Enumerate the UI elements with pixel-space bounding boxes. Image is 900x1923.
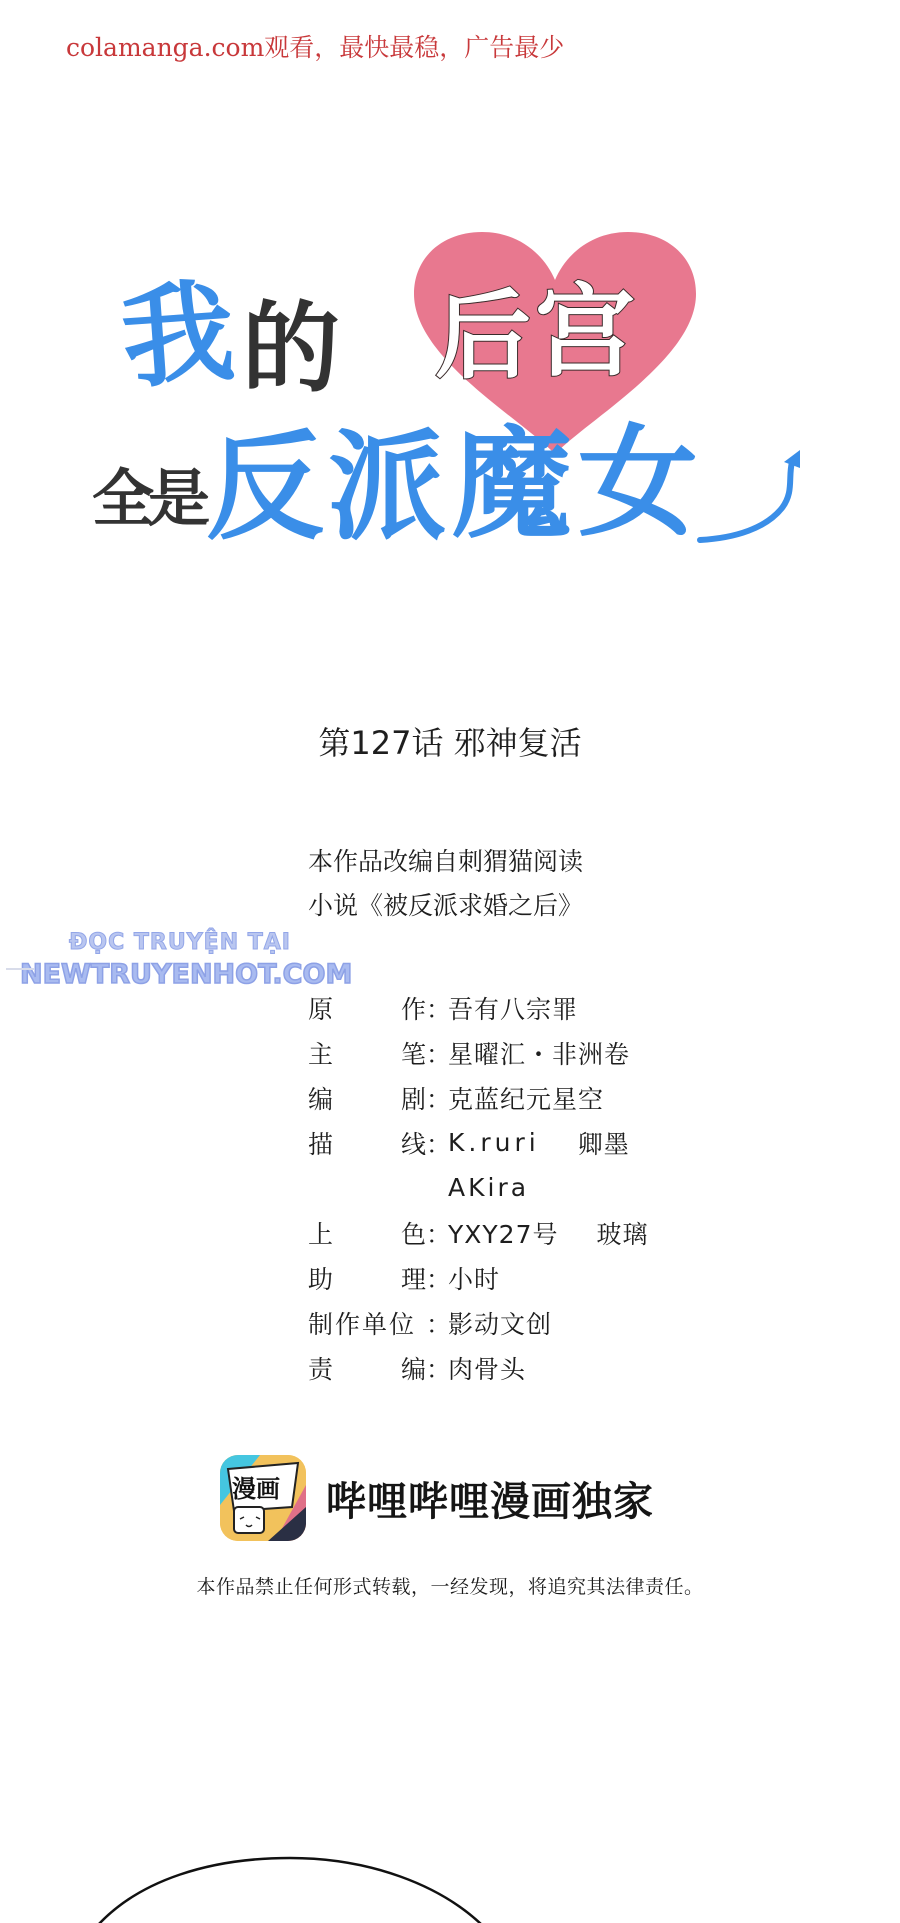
credit-value: 肉骨头 <box>448 1350 526 1386</box>
credit-role: 助 <box>308 1260 333 1296</box>
credit-colon: ： <box>426 1350 448 1386</box>
site-watermark: ĐỌC TRUYỆN TẠI NEWTRUYENHOT.COM <box>20 930 340 990</box>
credit-role: 制作单位 <box>308 1305 416 1341</box>
credit-value: AKira <box>448 1173 529 1202</box>
credit-row-original-author: 原作 ： 吾有八宗罪 <box>308 985 649 1030</box>
credit-row-lineart: 描线 ： K.ruri 卿墨 <box>308 1120 649 1165</box>
logo-char-quan: 全 <box>92 468 154 530</box>
chapter-title: 第127话 邪神复活 <box>0 718 900 764</box>
credit-row-script: 编剧 ： 克蓝纪元星空 <box>308 1075 649 1120</box>
credit-row-assistant: 助理 ： 小时 <box>308 1255 649 1300</box>
credit-value: 克蓝纪元星空 <box>448 1080 604 1116</box>
logo-char-de: 的 <box>242 300 340 398</box>
credit-colon: ： <box>426 1260 448 1296</box>
site-watermark-line-1: ĐỌC TRUYỆN TẠI <box>20 930 340 955</box>
logo-char-fan: 反 <box>206 428 324 546</box>
credit-row-editor: 责编 ： 肉骨头 <box>308 1345 649 1390</box>
credit-value: YXY27号 <box>448 1215 558 1251</box>
credit-colon: ： <box>426 1035 448 1071</box>
credit-row-production: 制作单位 ： 影动文创 <box>308 1300 649 1345</box>
credit-role: 描 <box>308 1125 333 1161</box>
credit-role: 线 <box>401 1125 426 1161</box>
credit-role: 剧 <box>401 1080 426 1116</box>
credit-role: 编 <box>308 1080 333 1116</box>
credit-role: 笔 <box>401 1035 426 1071</box>
logo-char-wo: 我 <box>118 276 238 396</box>
title-logo: 我 的 后 宫 全 是 反 派 魔 女 <box>90 220 850 580</box>
bilibili-comics-app-icon: 漫画 <box>220 1455 306 1541</box>
credit-role: 主 <box>308 1035 333 1071</box>
credit-role: 原 <box>308 990 333 1026</box>
credit-row-lead-artist: 主笔 ： 星曜汇・非洲卷 <box>308 1030 649 1075</box>
logo-char-mo: 魔 <box>452 426 572 546</box>
credit-value: 吾有八宗罪 <box>448 990 578 1026</box>
logo-char-nv: 女 <box>578 424 698 544</box>
credit-role: 责 <box>308 1350 333 1386</box>
watermark-dash <box>6 968 34 970</box>
adaptation-line-2: 小说《被反派求婚之后》 <box>308 884 583 928</box>
credit-role: 作 <box>401 990 426 1026</box>
credit-colon: ： <box>426 1125 448 1161</box>
devil-tail-icon <box>696 448 816 548</box>
top-watermark-text: colamanga.com观看，最快最稳，广告最少 <box>66 28 564 64</box>
credit-value: 影动文创 <box>448 1305 552 1341</box>
credit-role: 编 <box>401 1350 426 1386</box>
credit-colon: ： <box>426 1080 448 1116</box>
logo-char-pai: 派 <box>328 428 446 546</box>
credit-colon: ： <box>426 990 448 1026</box>
credit-extra: 玻璃 <box>596 1215 648 1251</box>
credit-colon: ： <box>426 1305 448 1341</box>
credits-list: 原作 ： 吾有八宗罪 主笔 ： 星曜汇・非洲卷 编剧 ： 克蓝纪元星空 描线 ：… <box>308 985 649 1390</box>
speech-bubble-outline <box>0 1850 900 1923</box>
logo-char-gong: 宫 <box>535 282 635 382</box>
credit-value: 小时 <box>448 1260 500 1296</box>
credit-role: 色 <box>401 1215 426 1251</box>
site-watermark-line-2: NEWTRUYENHOT.COM <box>20 959 340 990</box>
credit-role: 理 <box>401 1260 426 1296</box>
platform-exclusive-label: 哔哩哔哩漫画独家 <box>326 1470 654 1527</box>
credit-extra: 卿墨 <box>578 1125 630 1161</box>
bilibili-icon-text: 漫画 <box>232 1469 280 1504</box>
credit-row-lineart-2: AKira <box>308 1165 649 1210</box>
credit-value: 星曜汇・非洲卷 <box>448 1035 630 1071</box>
logo-char-shi: 是 <box>148 468 210 530</box>
copyright-notice: 本作品禁止任何形式转载，一经发现，将追究其法律责任。 <box>0 1572 900 1599</box>
credit-role: 上 <box>308 1215 333 1251</box>
platform-exclusive: 漫画 哔哩哔哩漫画独家 <box>220 1455 654 1541</box>
credit-value: K.ruri <box>448 1128 540 1157</box>
credit-row-coloring: 上色 ： YXY27号 玻璃 <box>308 1210 649 1255</box>
adaptation-note: 本作品改编自刺猬猫阅读 小说《被反派求婚之后》 <box>308 840 583 928</box>
logo-char-hou: 后 <box>435 288 531 384</box>
adaptation-line-1: 本作品改编自刺猬猫阅读 <box>308 840 583 884</box>
credit-colon: ： <box>426 1215 448 1251</box>
